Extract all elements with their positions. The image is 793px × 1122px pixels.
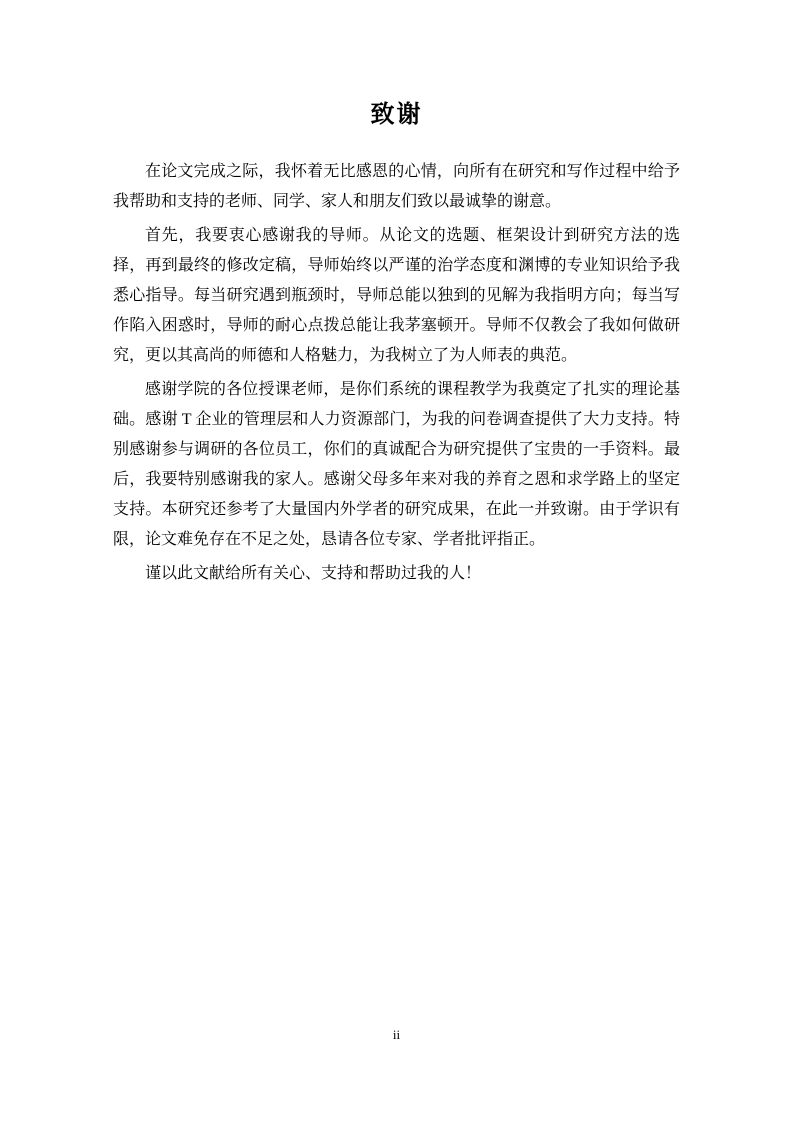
page-title: 致谢 [0, 0, 793, 131]
paragraph-opening-thanks: 在论文完成之际，我怀着无比感恩的心情，向所有在研究和写作过程中给予我帮助和支持的… [113, 157, 680, 217]
paragraph-advisor-thanks: 首先，我要衷心感谢我的导师。从论文的选题、框架设计到研究方法的选择，再到最终的修… [113, 221, 680, 371]
document-page: 致谢 在论文完成之际，我怀着无比感恩的心情，向所有在研究和写作过程中给予我帮助和… [0, 0, 793, 1122]
page-number: ii [0, 1027, 793, 1043]
document-body: 在论文完成之际，我怀着无比感恩的心情，向所有在研究和写作过程中给予我帮助和支持的… [113, 157, 680, 589]
paragraph-school-company-family-thanks: 感谢学院的各位授课老师，是你们系统的课程教学为我奠定了扎实的理论基础。感谢 T … [113, 375, 680, 555]
paragraph-dedication: 谨以此文献给所有关心、支持和帮助过我的人！ [113, 559, 680, 589]
